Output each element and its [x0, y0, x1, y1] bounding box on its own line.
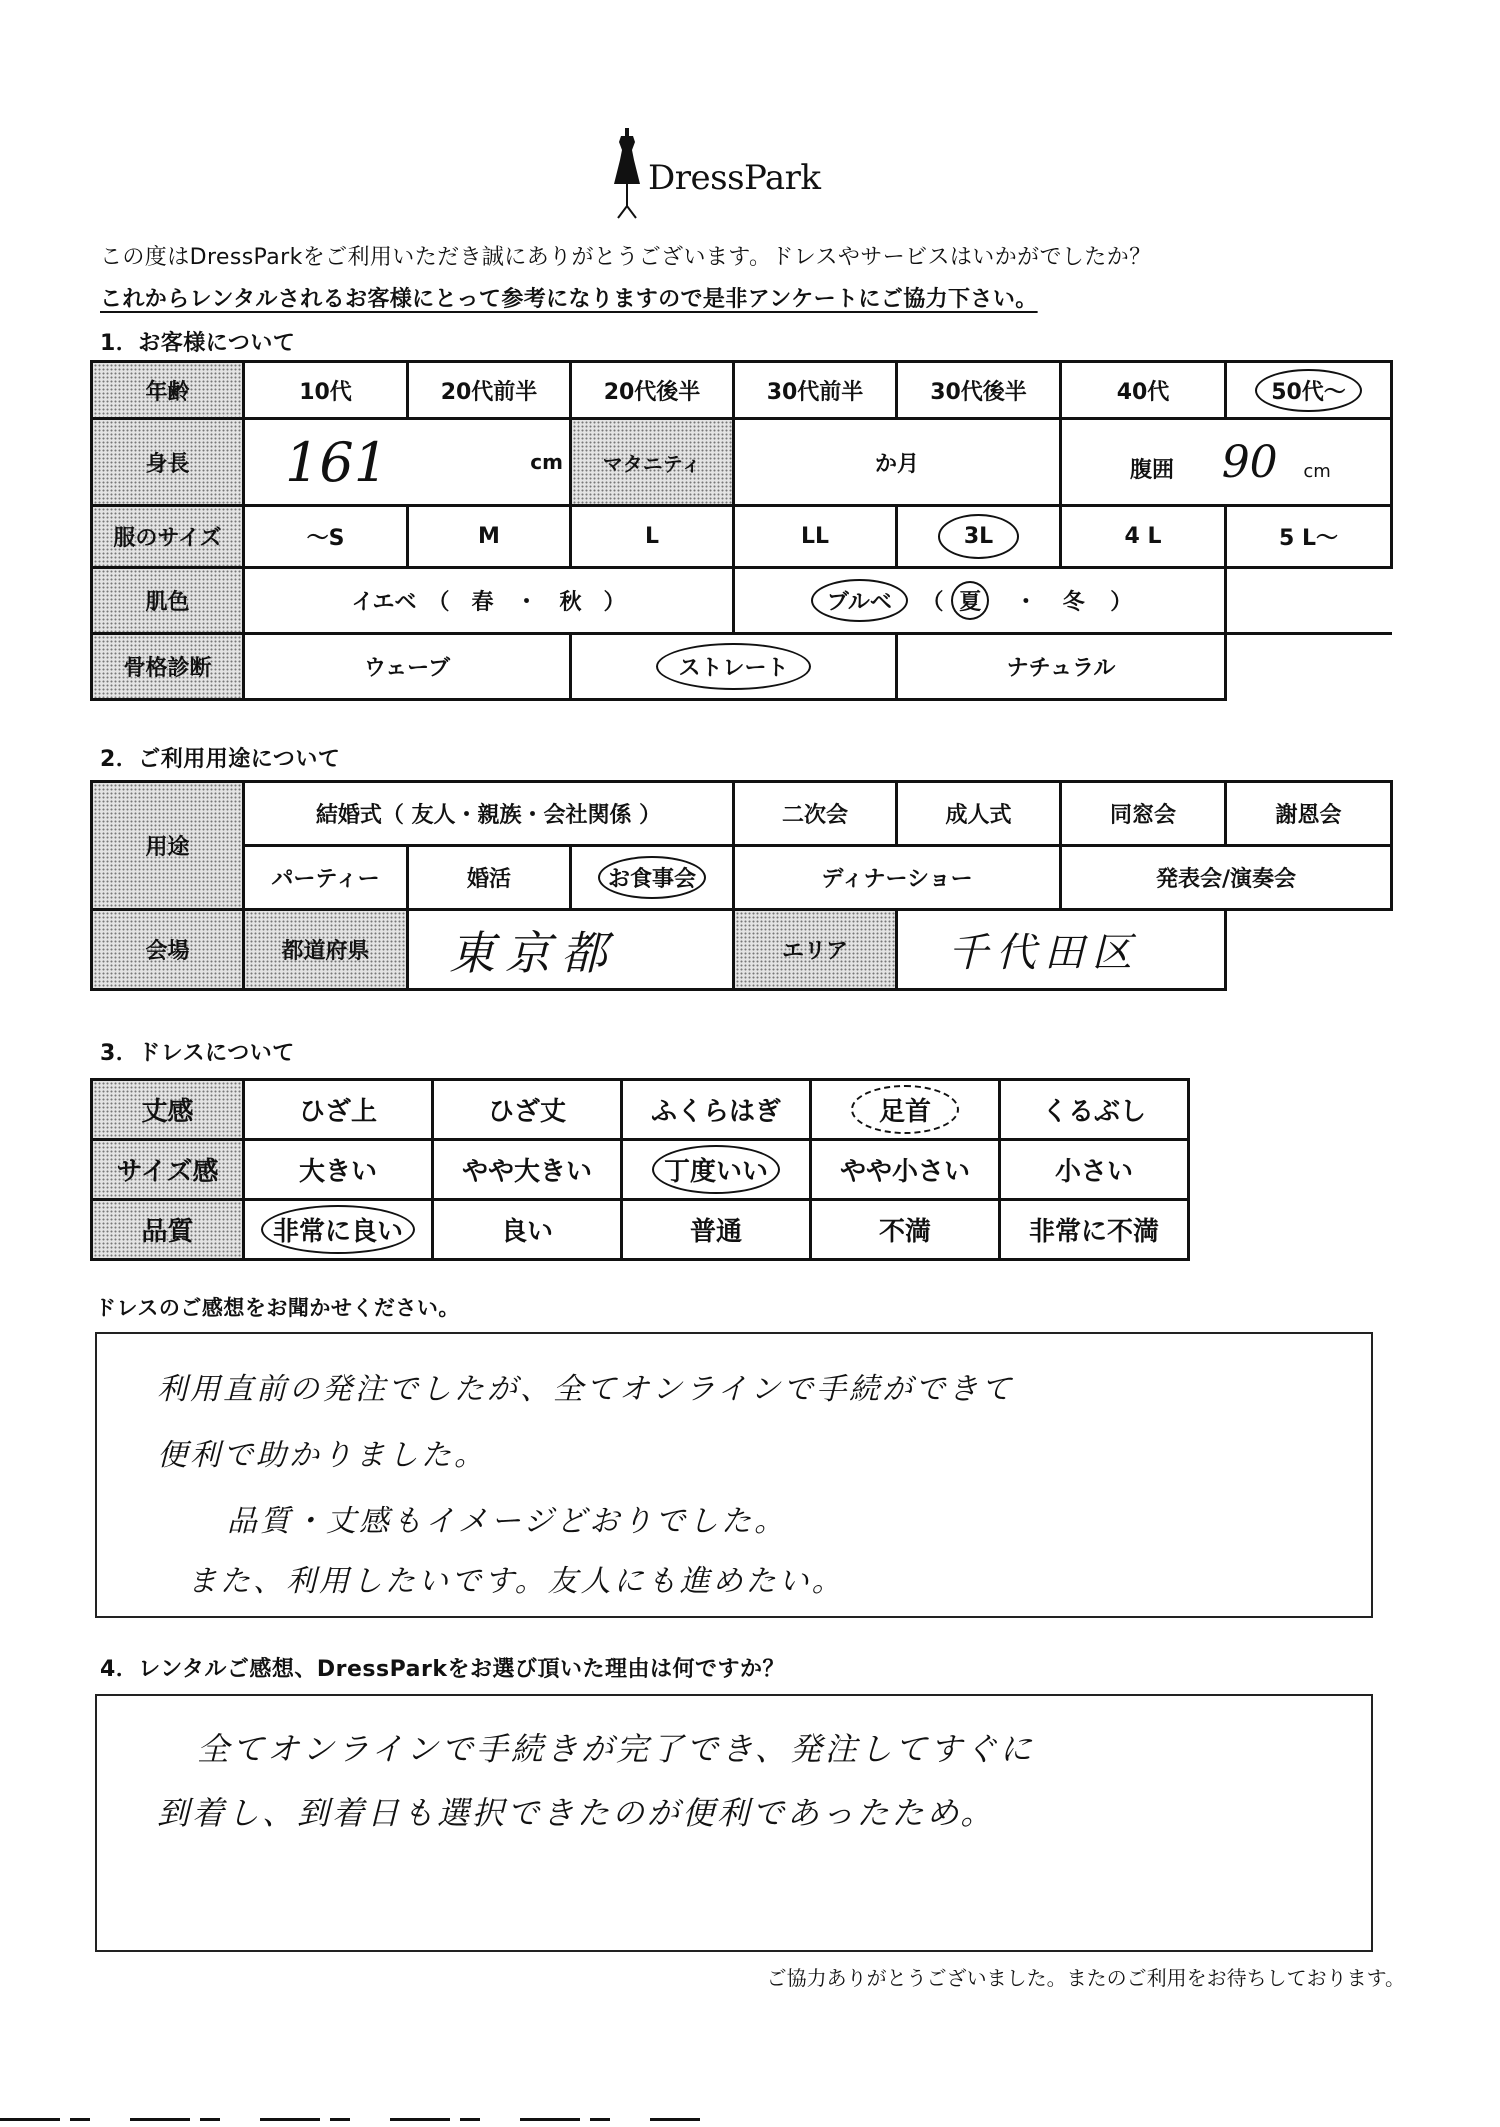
skin-label: 肌色 — [92, 568, 244, 634]
empty-cell — [1226, 910, 1392, 990]
height-field[interactable]: 161 cm — [244, 419, 571, 506]
section1-title: 1．お客様について — [100, 326, 295, 357]
size-option[interactable]: 5 L～ — [1226, 506, 1392, 568]
size-option-selected[interactable]: 3L — [897, 506, 1061, 568]
quality-option[interactable]: 普通 — [622, 1200, 811, 1260]
skeleton-option[interactable]: ナチュラル — [897, 634, 1226, 700]
waist-field[interactable]: 腹囲 90 cm — [1061, 419, 1392, 506]
purpose-option[interactable]: 発表会/演奏会 — [1061, 846, 1392, 910]
quality-row: 品質 非常に良い 良い 普通 不満 非常に不満 — [92, 1200, 1189, 1260]
maternity-field[interactable]: か月 — [734, 419, 1061, 506]
purpose-row-2: パーティー 婚活 お食事会 ディナーショー 発表会/演奏会 — [92, 846, 1392, 910]
quality-option[interactable]: 不満 — [811, 1200, 1000, 1260]
skeleton-label: 骨格診断 — [92, 634, 244, 700]
age-option[interactable]: 40代 — [1061, 362, 1226, 419]
quality-label: 品質 — [92, 1200, 244, 1260]
height-label: 身長 — [92, 419, 244, 506]
answer-line: 全てオンラインで手続きが完了でき、発注してすぐに — [197, 1724, 1035, 1770]
selection-circle: 非常に良い — [261, 1205, 415, 1254]
age-label: 年齢 — [92, 362, 244, 419]
height-value: 161 — [285, 431, 388, 494]
selection-circle: お食事会 — [598, 856, 706, 899]
reason-answer-box[interactable]: 全てオンラインで手続きが完了でき、発注してすぐに 到着し、到着日も選択できたのが… — [95, 1694, 1373, 1952]
length-option[interactable]: ひざ丈 — [433, 1080, 622, 1140]
length-option-selected[interactable]: 足首 — [811, 1080, 1000, 1140]
venue-row: 会場 都道府県 東京都 エリア 千代田区 — [92, 910, 1392, 990]
age-option[interactable]: 30代前半 — [734, 362, 897, 419]
intro-request: これからレンタルされるお客様にとって参考になりますので是非アンケートにご協力下さ… — [100, 282, 1038, 313]
selection-circle: ブルベ — [811, 579, 908, 622]
area-value: 千代田区 — [948, 930, 1140, 976]
purpose-option[interactable]: ディナーショー — [734, 846, 1061, 910]
fit-row: サイズ感 大きい やや大きい 丁度いい やや小さい 小さい — [92, 1140, 1189, 1200]
age-option[interactable]: 10代 — [244, 362, 408, 419]
section2-title: 2．ご利用用途について — [100, 742, 340, 773]
section4-title: 4．レンタルご感想、DressParkをお選び頂いた理由は何ですか？ — [100, 1652, 785, 1683]
age-option[interactable]: 30代後半 — [897, 362, 1061, 419]
length-option[interactable]: ふくらはぎ — [622, 1080, 811, 1140]
length-row: 丈感 ひざ上 ひざ丈 ふくらはぎ 足首 くるぶし — [92, 1080, 1189, 1140]
section3-title: 3．ドレスについて — [100, 1036, 295, 1067]
selection-circle: 50代～ — [1255, 369, 1362, 412]
empty-cell — [1226, 634, 1392, 700]
footer-thanks: ご協力ありがとうございました。またのご利用をお待ちしております。 — [767, 1962, 1405, 1991]
selection-circle: 夏 — [951, 581, 989, 620]
skeleton-option-selected[interactable]: ストレート — [571, 634, 897, 700]
age-option[interactable]: 20代後半 — [571, 362, 734, 419]
purpose-option[interactable]: 二次会 — [734, 782, 897, 846]
empty-cell — [1226, 568, 1392, 634]
age-option-selected[interactable]: 50代～ — [1226, 362, 1392, 419]
scan-edge-divider — [0, 2118, 700, 2121]
purpose-option[interactable]: 成人式 — [897, 782, 1061, 846]
length-label: 丈感 — [92, 1080, 244, 1140]
purpose-option[interactable]: パーティー — [244, 846, 408, 910]
selection-circle: 足首 — [851, 1085, 959, 1134]
size-option[interactable]: L — [571, 506, 734, 568]
area-field[interactable]: 千代田区 — [897, 910, 1226, 990]
height-row: 身長 161 cm マタニティ か月 腹囲 90 cm — [92, 419, 1392, 506]
purpose-table: 用途 結婚式（ 友人・親族・会社関係 ） 二次会 成人式 同窓会 謝恩会 パーテ… — [90, 780, 1393, 991]
skin-option-blue[interactable]: ブルベ （ 夏 ・ 冬 ） — [734, 568, 1226, 634]
purpose-option[interactable]: 婚活 — [408, 846, 571, 910]
maternity-label: マタニティ — [571, 419, 734, 506]
quality-option-selected[interactable]: 非常に良い — [244, 1200, 433, 1260]
purpose-option[interactable]: 同窓会 — [1061, 782, 1226, 846]
waist-unit: cm — [1303, 461, 1330, 482]
age-row: 年齢 10代 20代前半 20代後半 30代前半 30代後半 40代 50代～ — [92, 362, 1392, 419]
dress-comment-prompt: ドレスのご感想をお聞かせください。 — [95, 1292, 460, 1322]
size-row: 服のサイズ ～S M L LL 3L 4 L 5 L～ — [92, 506, 1392, 568]
quality-option[interactable]: 良い — [433, 1200, 622, 1260]
comment-line: 便利で助かりました。 — [157, 1430, 487, 1474]
quality-option[interactable]: 非常に不満 — [1000, 1200, 1189, 1260]
intro-text: この度はDressParkをご利用いただき誠にありがとうございます。ドレスやサー… — [100, 240, 1152, 271]
waist-label: 腹囲 — [1130, 458, 1174, 483]
size-option[interactable]: 4 L — [1061, 506, 1226, 568]
prefecture-field[interactable]: 東京都 — [408, 910, 734, 990]
logo: DressPark — [612, 128, 821, 218]
size-label: 服のサイズ — [92, 506, 244, 568]
length-option[interactable]: ひざ上 — [244, 1080, 433, 1140]
brand-name: DressPark — [648, 158, 821, 198]
dress-comment-box[interactable]: 利用直前の発注でしたが、全てオンラインで手続ができて 便利で助かりました。 品質… — [95, 1332, 1373, 1618]
selection-circle: 丁度いい — [652, 1145, 780, 1194]
selection-circle: 3L — [938, 514, 1019, 559]
purpose-option-selected[interactable]: お食事会 — [571, 846, 734, 910]
fit-option[interactable]: 小さい — [1000, 1140, 1189, 1200]
purpose-label: 用途 — [92, 782, 244, 910]
size-option[interactable]: ～S — [244, 506, 408, 568]
purpose-option[interactable]: 謝恩会 — [1226, 782, 1392, 846]
prefecture-label: 都道府県 — [244, 910, 408, 990]
size-option[interactable]: LL — [734, 506, 897, 568]
maternity-unit: か月 — [875, 452, 919, 477]
prefecture-value: 東京都 — [449, 926, 617, 980]
length-option[interactable]: くるぶし — [1000, 1080, 1189, 1140]
skin-option-yellow[interactable]: イエベ （ 春 ・ 秋 ） — [244, 568, 734, 634]
comment-line: 利用直前の発注でしたが、全てオンラインで手続ができて — [157, 1364, 1014, 1408]
fit-option[interactable]: 大きい — [244, 1140, 433, 1200]
customer-table: 年齢 10代 20代前半 20代後半 30代前半 30代後半 40代 50代～ … — [90, 360, 1393, 701]
waist-value: 90 — [1222, 437, 1278, 488]
dress-table: 丈感 ひざ上 ひざ丈 ふくらはぎ 足首 くるぶし サイズ感 大きい やや大きい … — [90, 1078, 1190, 1261]
fit-option[interactable]: やや小さい — [811, 1140, 1000, 1200]
purpose-option[interactable]: 結婚式（ 友人・親族・会社関係 ） — [244, 782, 734, 846]
skin-row: 肌色 イエベ （ 春 ・ 秋 ） ブルベ （ 夏 ・ 冬 ） — [92, 568, 1392, 634]
age-option[interactable]: 20代前半 — [408, 362, 571, 419]
size-option[interactable]: M — [408, 506, 571, 568]
fit-label: サイズ感 — [92, 1140, 244, 1200]
purpose-row-1: 用途 結婚式（ 友人・親族・会社関係 ） 二次会 成人式 同窓会 謝恩会 — [92, 782, 1392, 846]
comment-line: また、利用したいです。友人にも進めたい。 — [187, 1556, 845, 1600]
dress-form-icon — [612, 126, 642, 221]
comment-line: 品質・丈感もイメージどおりでした。 — [227, 1496, 787, 1540]
venue-label: 会場 — [92, 910, 244, 990]
answer-line: 到着し、到着日も選択できたのが便利であったため。 — [157, 1788, 995, 1834]
fit-option[interactable]: やや大きい — [433, 1140, 622, 1200]
area-label: エリア — [734, 910, 897, 990]
selection-circle: ストレート — [656, 643, 810, 690]
skeleton-row: 骨格診断 ウェーブ ストレート ナチュラル — [92, 634, 1392, 700]
skeleton-option[interactable]: ウェーブ — [244, 634, 571, 700]
height-unit: cm — [530, 450, 563, 474]
fit-option-selected[interactable]: 丁度いい — [622, 1140, 811, 1200]
